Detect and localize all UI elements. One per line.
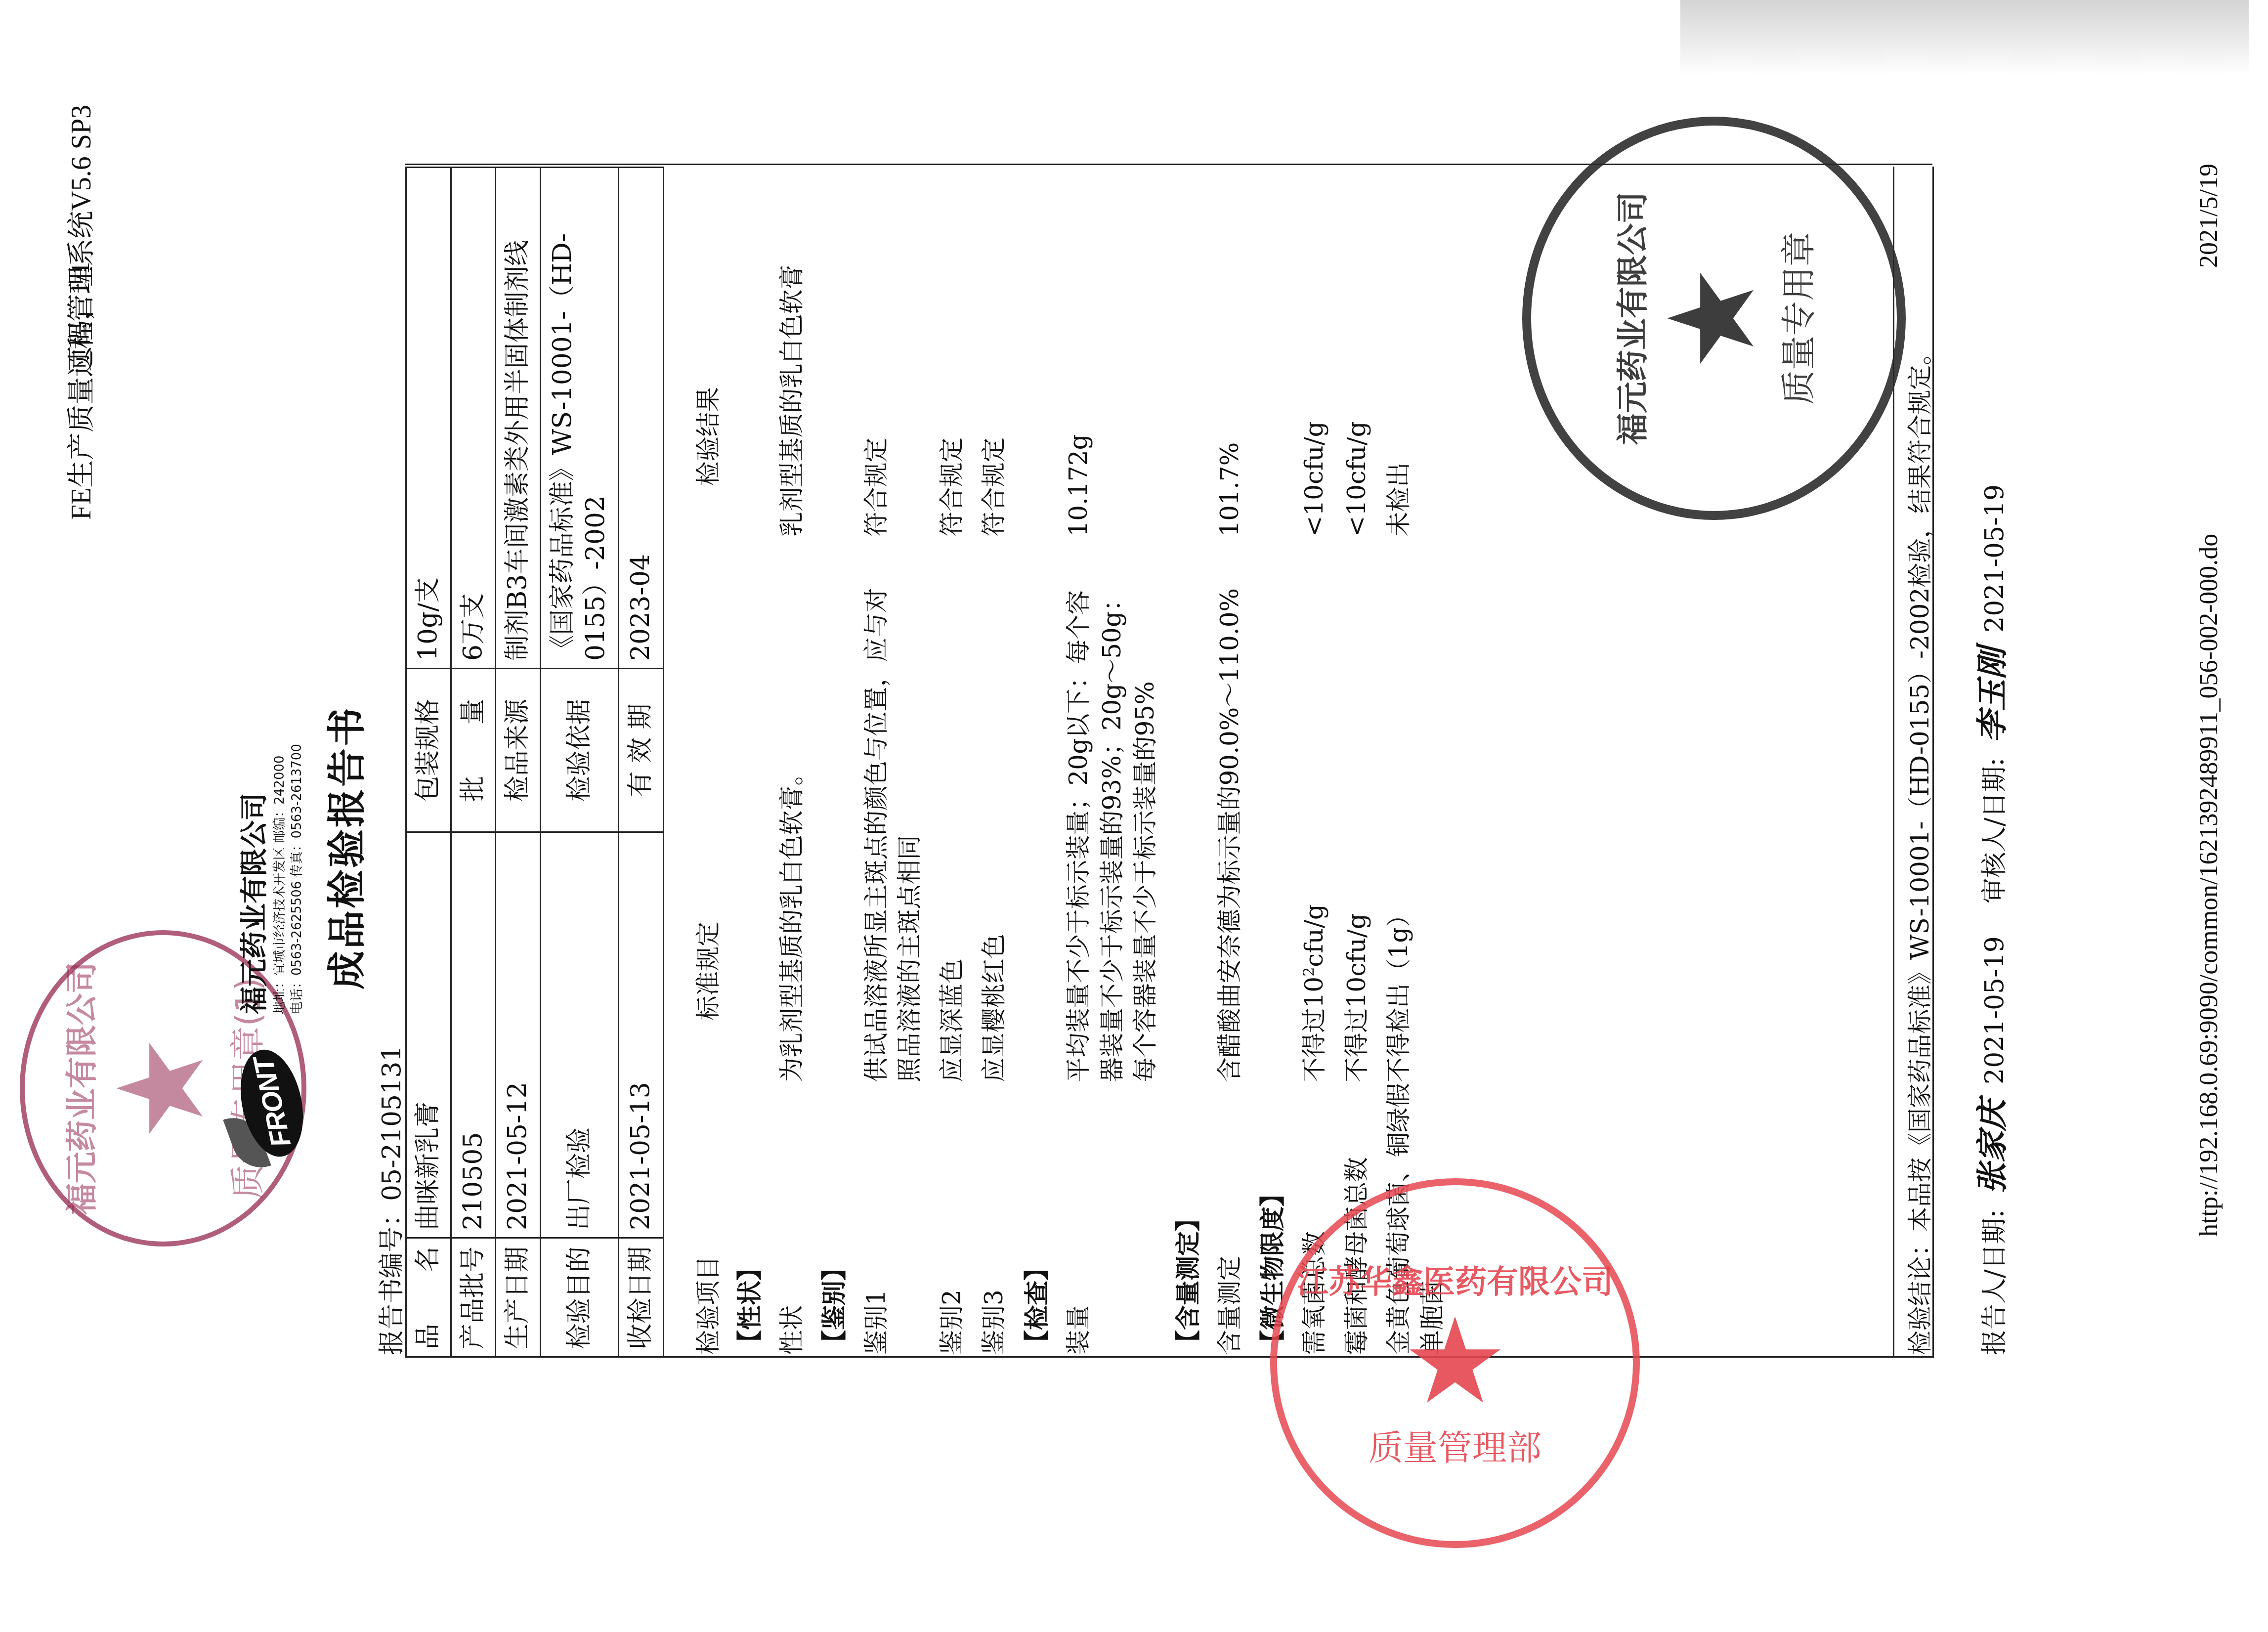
section-heading: 【微生物限度】 [1247, 167, 1289, 1358]
print-date: 2021/5/19 [2194, 164, 2224, 268]
table-row: 品 名 曲咪新乳膏 包装规格 10g/支 [406, 168, 451, 1357]
reporter-label: 报告人/日期: [1980, 1209, 2010, 1355]
company-logo: FRONT [232, 1044, 306, 1172]
scan-shadow [1680, 0, 2249, 75]
section-heading: 【性状】 [724, 167, 767, 1358]
company-address: 地址：宜城市经济技术开发区 邮编：242000 [269, 755, 288, 1014]
table-row: 霉菌和酵母菌总数不得过10cfu/g<10cfu/g [1331, 167, 1374, 1358]
star-icon: ★ [1653, 265, 1771, 371]
signatures: 报告人/日期: 张家庆 2021-05-19 审核人/日期: 李玉刚 2021-… [1967, 484, 2012, 1355]
section-heading: 【鉴别】 [809, 167, 851, 1358]
star-icon: ★ [1402, 1302, 1508, 1420]
qa-dept-stamp-red: 江苏华鑫医药有限公司 ★ 质量管理部 [1270, 1178, 1640, 1548]
company-phone: 电话：0563-2625506 传真：0563-2613700 [287, 744, 305, 1014]
table-row: 检验目的 出厂检验 检验依据 《国家药品标准》WS-10001-（HD-0155… [540, 168, 618, 1357]
company-name: 福元药业有限公司 [232, 793, 272, 1014]
results-body: 【性状】性状为乳剂型基质的乳白色软膏。乳剂型基质的乳白色软膏【鉴别】鉴别1供试品… [724, 167, 1449, 1358]
table-row: 鉴别1供试品溶液所显主斑点的颜色与位置，应与对照品溶液的主斑点相同符合规定 [851, 167, 927, 1358]
table-row: 含量测定含醋酸曲安奈德为标示量的90.0%～110.0%101.7% [1204, 167, 1247, 1358]
table-row: 鉴别3应显樱桃红色符合规定 [969, 167, 1011, 1358]
document-title: 成品检验报告书 [316, 706, 372, 989]
report-number-label: 报告书编号： [377, 1201, 407, 1355]
reporter-signature: 张家庆 [1974, 1099, 2011, 1194]
quality-stamp-gray: 福元药业有限公司 ★ 质量专用章 [1522, 117, 1906, 520]
page-number: 页码，1/1 [59, 262, 96, 372]
table-row: 性状为乳剂型基质的乳白色软膏。乳剂型基质的乳白色软膏 [767, 167, 809, 1358]
table-row: 鉴别2应显深蓝色符合规定 [927, 167, 969, 1358]
table-row: 产品批号 210505 批 量 6万支 [451, 168, 496, 1357]
reviewer-signature: 李玉刚 [1974, 647, 2011, 742]
reporter-date: 2021-05-19 [1980, 936, 2010, 1084]
section-heading: 【检查】 [1011, 167, 1054, 1358]
report-number-value: 05-2105131 [377, 1045, 407, 1201]
test-results: 检验项目 标准规定 检验结果 【性状】性状为乳剂型基质的乳白色软膏。乳剂型基质的… [685, 167, 1449, 1358]
star-icon: ★ [102, 1035, 220, 1141]
report-number: 报告书编号：05-2105131 [371, 1045, 408, 1355]
table-row: 生产日期 2021-05-12 检品来源 制剂B3车间激素类外用半固体制剂线 [496, 168, 541, 1357]
conclusion: 检验结论：本品按《国家药品标准》WS-10001-（HD-0155）-2002检… [1900, 341, 1936, 1355]
results-header: 检验项目 标准规定 检验结果 [685, 167, 724, 1358]
rotated-document-page: FE生产质量过程管理系统V5.6 SP3 页码，1/1 福元药业有限公司 ★ 质… [0, 0, 2268, 1632]
reviewer-label: 审核人/日期: [1980, 758, 2010, 903]
table-row: 装量平均装量不少于标示装量；20g以下：每个容器装量不少于标示装量的93%；20… [1053, 167, 1162, 1358]
table-row: 需氧菌总数不得过102cfu/g<10cfu/g [1289, 167, 1331, 1358]
table-row: 收检日期 2021-05-13 有 效 期 2023-04 [618, 168, 663, 1357]
product-info-table: 品 名 曲咪新乳膏 包装规格 10g/支 产品批号 210505 批 量 6万支… [405, 167, 664, 1358]
section-heading: 【含量测定】 [1162, 167, 1205, 1358]
source-url: http://192.168.0.69:9090/common/16213924… [2194, 534, 2224, 1237]
reviewer-date: 2021-05-19 [1980, 484, 2010, 633]
